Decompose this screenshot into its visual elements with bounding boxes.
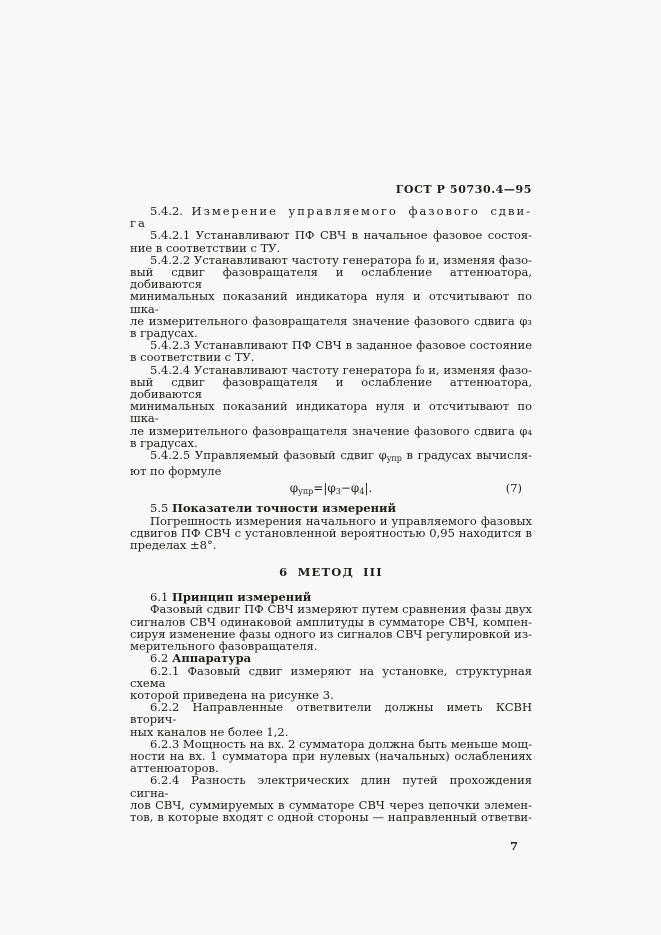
section-heading-5-4-2: 5.4.2. Измерение управляемого фазового с…	[130, 205, 532, 217]
text-column: ГОСТ Р 50730.4—95 5.4.2. Измерение управ…	[130, 183, 532, 853]
paragraph-line: ют по формуле	[130, 465, 532, 477]
subscript: упр	[298, 487, 313, 496]
paragraph-line: в соответствии с ТУ.	[130, 351, 532, 363]
page-number: 7	[130, 839, 532, 853]
paragraph-line: 5.4.2.1 Устанавливают ПФ СВЧ в начальное…	[130, 229, 532, 241]
section-number: 5.4.2.	[150, 204, 183, 218]
paragraph-line: 6.2.2 Направленные ответвители должны им…	[130, 701, 532, 725]
section-heading-6-2: 6.2 Аппаратура	[130, 652, 532, 664]
paragraph-line: Фазовый сдвиг ПФ СВЧ измеряют путем срав…	[130, 603, 532, 615]
paragraph-line: 5.4.2.4 Устанавливают частоту генератора…	[130, 364, 532, 376]
paragraph-line: ние в соответствии с ТУ.	[130, 242, 532, 254]
paragraph-line: 5.4.2.5 Управляемый фазовый сдвиг φупр в…	[130, 449, 532, 465]
paragraph-line: вый сдвиг фазовращателя и ослабление атт…	[130, 376, 532, 400]
paragraph-line: 6.2.1 Фазовый сдвиг измеряют на установк…	[130, 665, 532, 689]
document-page: ГОСТ Р 50730.4—95 5.4.2. Измерение управ…	[0, 0, 661, 935]
paragraph-line: минимальных показаний индикатора нуля и …	[130, 290, 532, 314]
formula-expression: φупр=|φ3−φ4|.	[290, 481, 373, 495]
formula-7: φупр=|φ3−φ4|. (7)	[130, 482, 532, 498]
paragraph-line: пределах ±8°.	[130, 539, 532, 551]
subscript: упр	[387, 454, 402, 463]
paragraph-line: тов, в которые входят с одной стороны — …	[130, 811, 532, 823]
section-heading-5-5: 5.5 Показатели точности измерений	[130, 502, 532, 514]
paragraph-line: 6.2.4 Разность электрических длин путей …	[130, 774, 532, 798]
section-heading-text: Измерение управляемого фазового сдви-	[192, 204, 532, 218]
section-heading-6: 6 МЕТОД III	[130, 565, 532, 579]
formula-number: (7)	[506, 482, 522, 495]
paragraph-line: вый сдвиг фазовращателя и ослабление атт…	[130, 266, 532, 290]
document-code: ГОСТ Р 50730.4—95	[130, 183, 532, 196]
paragraph-line: ных каналов не более 1,2.	[130, 726, 532, 738]
paragraph-line: минимальных показаний индикатора нуля и …	[130, 400, 532, 424]
